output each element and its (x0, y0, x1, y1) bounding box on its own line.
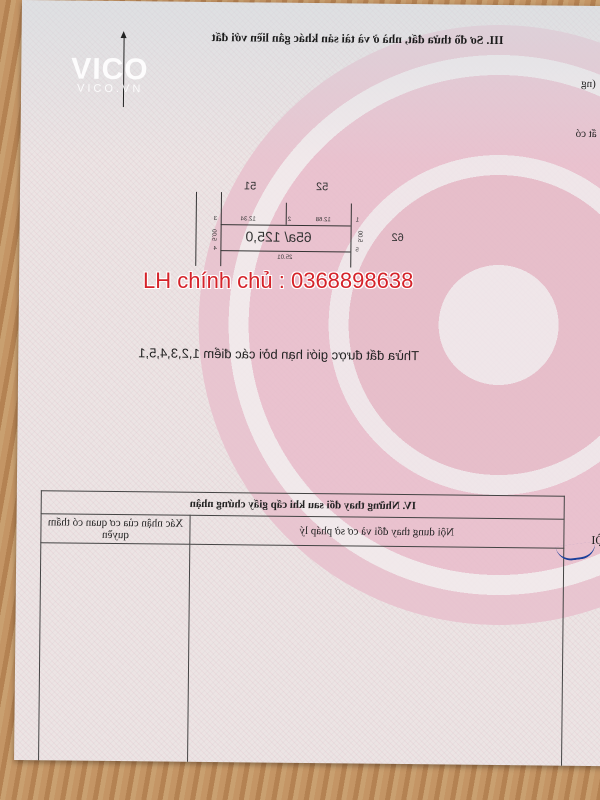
boundary-line (220, 250, 350, 252)
point-1: 1 (356, 218, 359, 224)
neighbor-51: 51 (244, 180, 256, 192)
right-edge-text: IỘI (591, 533, 600, 548)
point-2: 2 (288, 217, 291, 223)
right-fragment-2: ất có (576, 128, 597, 140)
point-3: 3 (214, 216, 217, 222)
watermark-site: VICO.VN (71, 83, 148, 96)
column-header-change-content: Nội dung thay đổi và cơ sở pháp lý (190, 515, 564, 548)
column-header-confirmation-text: Xác nhận của cơ quan có thẩm quyền (45, 516, 185, 541)
section-3-title: III. Sơ đồ thửa đất, nhà ở và tài sản kh… (212, 30, 504, 48)
section-3-title-text: III. Sơ đồ thửa đất, nhà ở và tài sản kh… (212, 30, 504, 48)
right-fragment-1-text: (ng (581, 78, 596, 90)
dimension-bottom: 25.01 (277, 255, 292, 261)
dimension-left: 5.00 (210, 229, 216, 241)
parcel-label: 65a/ 125,0 (245, 228, 311, 245)
point-4: 4 (213, 246, 216, 252)
neighbor-62: 62 (391, 232, 403, 244)
watermark-logo: VICO (71, 53, 149, 87)
land-certificate-page: III. Sơ đồ thửa đất, nhà ở và tài sản kh… (14, 0, 600, 766)
dimension-top-left: 12.34 (241, 216, 256, 222)
dimension-right: 5.00 (356, 231, 362, 243)
boundary-line (350, 203, 352, 267)
boundary-description-text: Thửa đất được giới hạn bởi các điểm 1,2,… (138, 345, 419, 363)
right-fragment-1: (ng (581, 78, 596, 90)
vico-watermark: VICO VICO.VN (71, 53, 149, 96)
boundary-line (220, 192, 222, 266)
change-content-cell (187, 544, 563, 766)
boundary-line (195, 192, 197, 266)
confirmation-cell (38, 543, 189, 767)
changes-table: IV. Những thay đổi sau khi cấp giấy chứn… (38, 490, 565, 766)
right-fragment-2-text: ất có (576, 128, 597, 140)
dimension-top-right: 12.68 (316, 217, 331, 223)
right-edge-text-value: IỘI (591, 533, 600, 548)
column-header-confirmation: Xác nhận của cơ quan có thẩm quyền (41, 514, 190, 545)
contact-overlay: LH chính chủ : 0368898638 (143, 268, 413, 294)
section-4-title-text: IV. Những thay đổi sau khi cấp giấy chứn… (189, 498, 415, 512)
point-5: 5 (355, 248, 358, 254)
boundary-description: Thửa đất được giới hạn bởi các điểm 1,2,… (138, 345, 419, 363)
neighbor-52: 52 (316, 181, 328, 193)
column-header-change-content-text: Nội dung thay đổi và cơ sở pháp lý (300, 525, 455, 539)
plot-diagram: 65a/ 125,0 51 52 62 1 2 3 4 5 12.34 12.6… (195, 202, 376, 268)
